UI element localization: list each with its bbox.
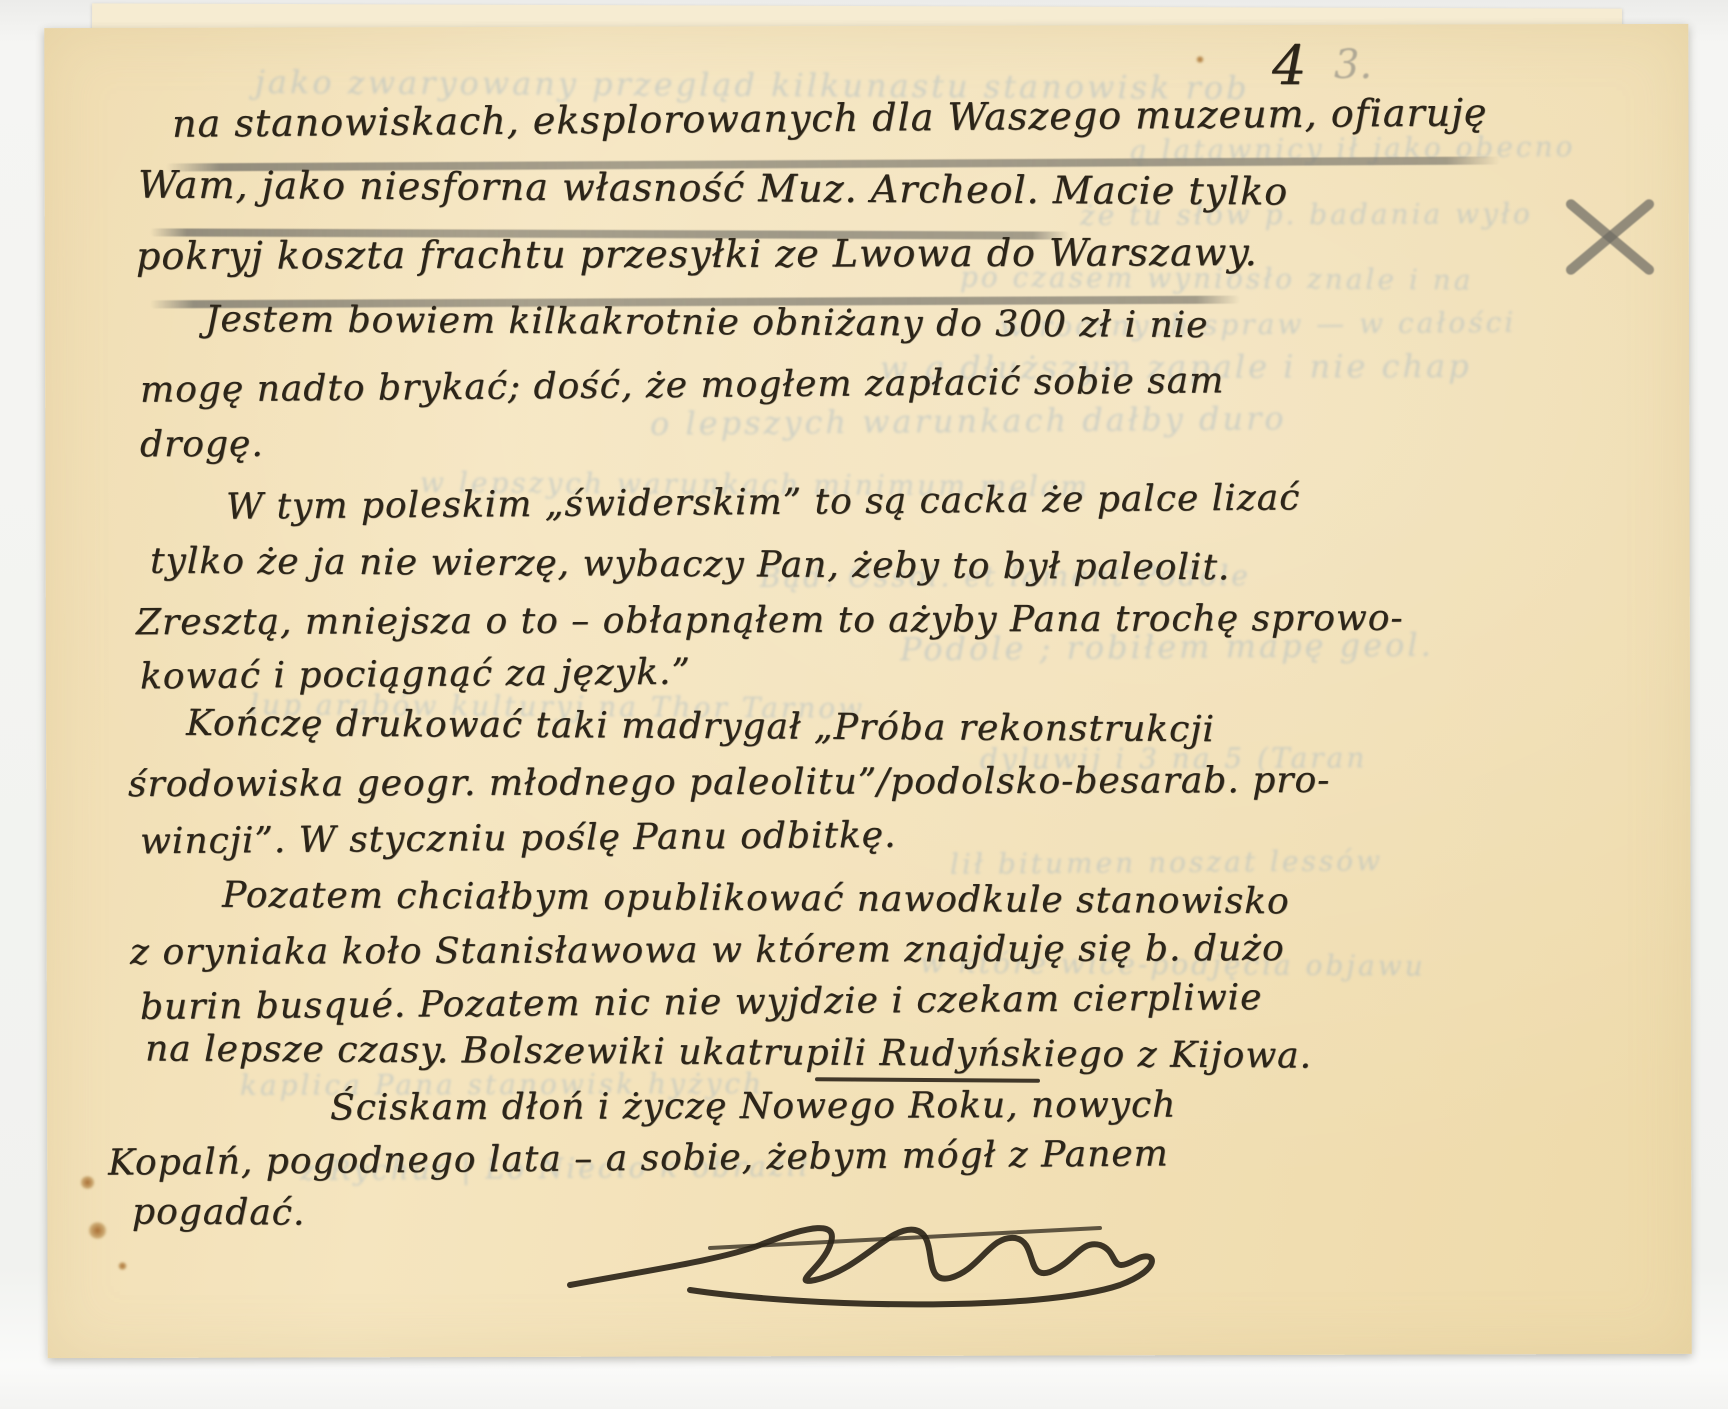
foxing-spot: [88, 1222, 107, 1239]
letter-line: Kończę drukować taki madrygał „Próba rek…: [186, 703, 1215, 750]
letter-line: Pozatem chciałbym opublikować nawodkule …: [222, 875, 1290, 923]
letter-line: pokryj koszta frachtu przesyłki ze Lwowa…: [136, 230, 1258, 278]
letter-line: Zresztą, mniejsza o to – obłapnąłem to a…: [136, 598, 1404, 643]
letter-line: środowiska geogr. młodnego paleolitu”/po…: [128, 760, 1330, 805]
bleedthrough-line: lił bitumen noszat lessów: [950, 844, 1383, 881]
scanned-letter-page: jako zwaryowany przegląd kilkunastu stan…: [0, 0, 1728, 1409]
letter-line: Ściskam dłoń i życzę Nowego Roku, nowych: [330, 1085, 1176, 1129]
foxing-spot: [80, 1176, 95, 1189]
letter-line: Wam, jako niesforna własność Muz. Archeo…: [138, 162, 1288, 213]
page-number: 4: [1272, 34, 1307, 97]
pencil-page-number: 3.: [1334, 42, 1372, 88]
letter-line: na lepsze czasy. Bolszewiki ukatrupili R…: [145, 1028, 1312, 1076]
letter-line: pogadać.: [132, 1191, 306, 1233]
letter-line: wincji”. W styczniu poślę Panu odbitkę.: [140, 815, 897, 863]
foxing-spot: [118, 1262, 127, 1270]
letter-line: tylko że ja nie wierzę, wybaczy Pan, żeb…: [150, 541, 1231, 589]
bleedthrough-line: o lepszych warunkach dałby duro: [650, 399, 1287, 443]
letter-line: kować i pociągnąć za język.”: [140, 652, 691, 698]
letter-line: z oryniaka koło Stanisławowa w którem zn…: [130, 928, 1285, 973]
signature: Polański: [560, 1190, 1180, 1320]
letter-line: Jestem bowiem kilkakrotnie obniżany do 3…: [205, 299, 1209, 346]
letter-line: drogę.: [140, 424, 264, 465]
foxing-spot: [1196, 56, 1204, 63]
